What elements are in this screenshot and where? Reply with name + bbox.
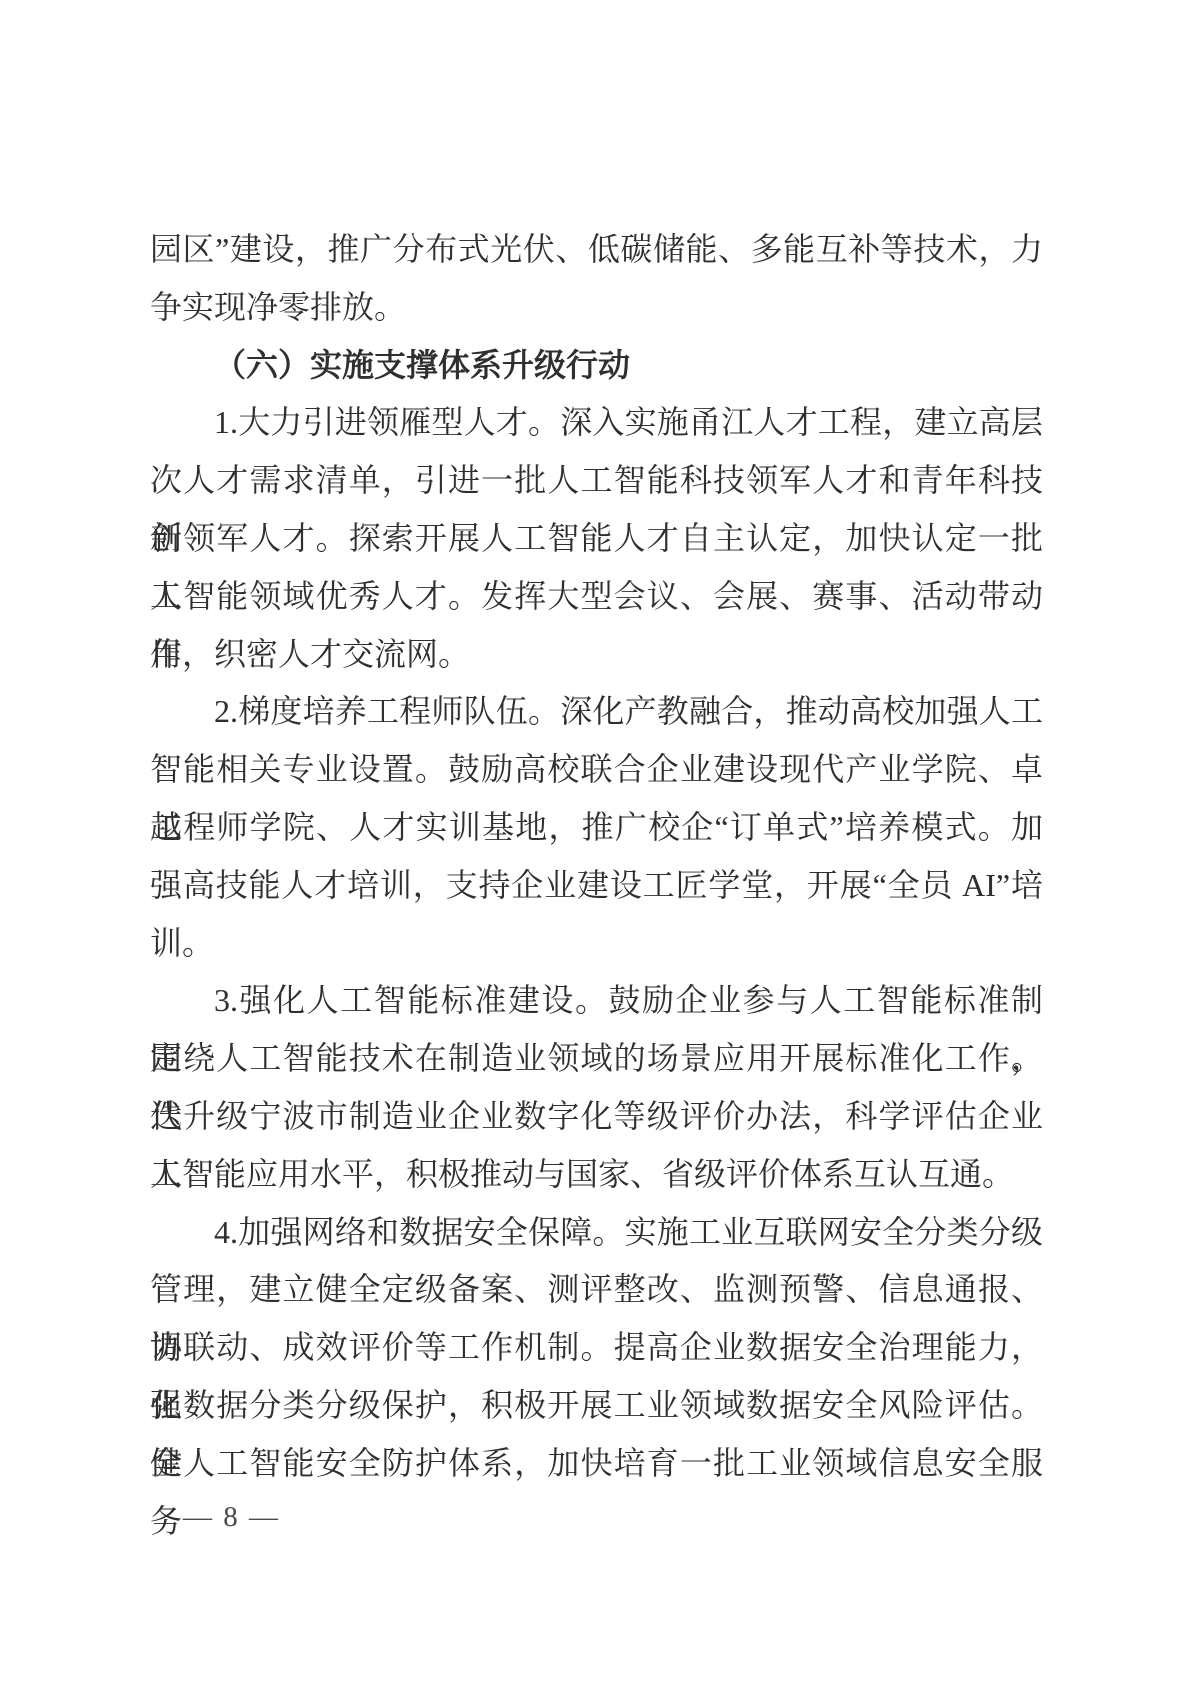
text-line: 化数据分类分级保护，积极开展工业领域数据安全风险评估。健: [150, 1377, 1043, 1435]
document-body: 园区”建设，推广分布式光伏、低碳储能、多能互补等技术，力争实现净零排放。（六）实…: [150, 221, 1043, 1493]
text-line: 智能相关专业设置。鼓励高校联合企业建设现代产业学院、卓越: [150, 741, 1043, 799]
text-line: 训。: [150, 915, 1043, 973]
text-line: 2.梯度培养工程师队伍。深化产教融合，推动高校加强人工: [150, 683, 1043, 741]
text-line: 次人才需求清单，引进一批人工智能科技领军人才和青年科技创: [150, 452, 1043, 510]
page-number: — 8 —: [183, 1501, 280, 1533]
text-line: 管理，建立健全定级备案、测评整改、监测预警、信息通报、协: [150, 1261, 1043, 1319]
text-line: 争实现净零排放。: [150, 279, 1043, 337]
text-line: 园区”建设，推广分布式光伏、低碳储能、多能互补等技术，力: [150, 221, 1043, 279]
document-page: 园区”建设，推广分布式光伏、低碳储能、多能互补等技术，力争实现净零排放。（六）实…: [0, 0, 1190, 1684]
text-line: 强高技能人才培训，支持企业建设工匠学堂，开展“全员 AI”培: [150, 857, 1043, 915]
text-line: 1.大力引进领雁型人才。深入实施甬江人才工程，建立高层: [150, 394, 1043, 452]
text-line: 新领军人才。探索开展人工智能人才自主认定，加快认定一批人: [150, 510, 1043, 568]
section-heading: （六）实施支撑体系升级行动: [150, 337, 1043, 395]
text-line: 4.加强网络和数据安全保障。实施工业互联网安全分类分级: [150, 1204, 1043, 1262]
text-line: 用，织密人才交流网。: [150, 626, 1043, 684]
text-line: 工程师学院、人才实训基地，推广校企“订单式”培养模式。加: [150, 799, 1043, 857]
text-line: 代升级宁波市制造业企业数字化等级评价办法，科学评估企业人: [150, 1088, 1043, 1146]
text-line: 调联动、成效评价等工作机制。提高企业数据安全治理能力，强: [150, 1319, 1043, 1377]
text-line: 3.强化人工智能标准建设。鼓励企业参与人工智能标准制定，: [150, 972, 1043, 1030]
text-line: 工智能应用水平，积极推动与国家、省级评价体系互认互通。: [150, 1146, 1043, 1204]
text-line: 工智能领域优秀人才。发挥大型会议、会展、赛事、活动带动作: [150, 568, 1043, 626]
text-line: 围绕人工智能技术在制造业领域的场景应用开展标准化工作。迭: [150, 1030, 1043, 1088]
text-line: 全人工智能安全防护体系，加快培育一批工业领域信息安全服务: [150, 1435, 1043, 1493]
